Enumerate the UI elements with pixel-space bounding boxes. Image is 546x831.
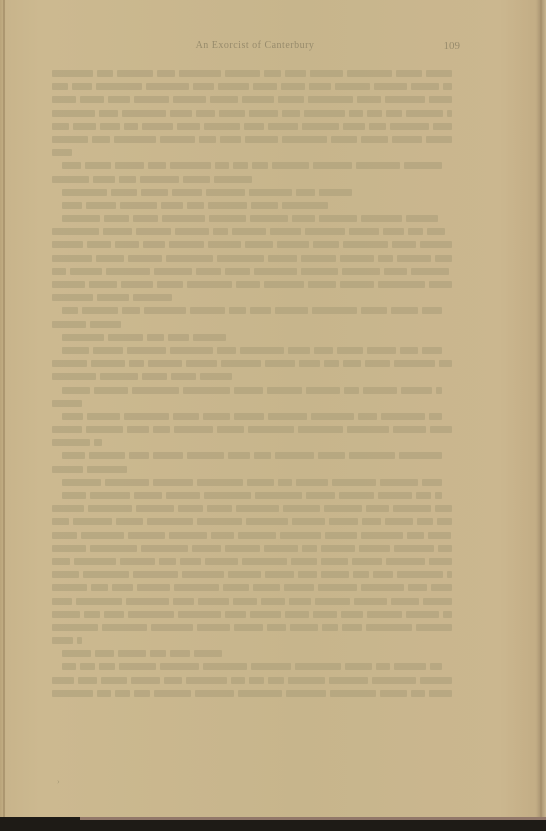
word-glyph	[313, 241, 339, 248]
word-glyph	[62, 387, 90, 394]
word-glyph	[207, 505, 232, 512]
word-glyph	[52, 400, 82, 407]
word-glyph	[208, 241, 241, 248]
word-glyph	[354, 598, 387, 605]
word-glyph	[170, 347, 213, 354]
word-glyph	[378, 492, 412, 499]
word-glyph	[240, 347, 284, 354]
word-glyph	[100, 123, 120, 130]
word-glyph	[369, 123, 386, 130]
text-line	[52, 515, 452, 528]
word-glyph	[83, 571, 129, 578]
word-glyph	[399, 452, 442, 459]
word-glyph	[187, 452, 224, 459]
word-glyph	[96, 255, 124, 262]
word-glyph	[159, 558, 176, 565]
word-glyph	[89, 281, 117, 288]
word-glyph	[284, 584, 314, 591]
word-glyph	[386, 558, 425, 565]
word-glyph	[357, 96, 381, 103]
word-glyph	[329, 677, 368, 684]
word-glyph	[52, 123, 69, 130]
word-glyph	[406, 215, 438, 222]
word-glyph	[315, 598, 350, 605]
word-glyph	[394, 663, 426, 670]
word-glyph	[372, 677, 416, 684]
word-glyph	[353, 571, 369, 578]
word-glyph	[197, 518, 242, 525]
word-glyph	[313, 611, 337, 618]
text-line	[52, 647, 452, 660]
word-glyph	[365, 360, 390, 367]
word-glyph	[108, 96, 130, 103]
word-glyph	[408, 584, 427, 591]
word-glyph	[349, 452, 395, 459]
word-glyph	[238, 690, 282, 697]
word-glyph	[268, 413, 307, 420]
text-line	[52, 449, 452, 462]
text-line	[52, 357, 452, 370]
word-glyph	[195, 690, 234, 697]
word-glyph	[435, 505, 452, 512]
word-glyph	[380, 479, 418, 486]
word-glyph	[62, 492, 86, 499]
page-bottom-edge	[80, 817, 546, 820]
word-glyph	[153, 426, 170, 433]
word-glyph	[342, 268, 380, 275]
word-glyph	[52, 70, 93, 77]
text-line	[52, 225, 452, 238]
word-glyph	[447, 110, 452, 117]
word-glyph	[394, 545, 434, 552]
word-glyph	[223, 584, 249, 591]
word-glyph	[324, 505, 362, 512]
text-line	[52, 595, 452, 608]
word-glyph	[200, 373, 232, 380]
word-glyph	[361, 532, 403, 539]
word-glyph	[148, 162, 166, 169]
word-glyph	[52, 466, 83, 473]
word-glyph	[164, 677, 182, 684]
word-glyph	[433, 123, 452, 130]
word-glyph	[406, 611, 439, 618]
word-glyph	[89, 452, 125, 459]
word-glyph	[186, 360, 217, 367]
word-glyph	[278, 96, 304, 103]
word-glyph	[329, 518, 358, 525]
word-glyph	[428, 532, 451, 539]
word-glyph	[124, 413, 169, 420]
word-glyph	[233, 598, 257, 605]
text-line	[52, 660, 452, 673]
word-glyph	[127, 347, 166, 354]
word-glyph	[285, 70, 306, 77]
word-glyph	[423, 598, 452, 605]
word-glyph	[319, 215, 357, 222]
word-glyph	[217, 426, 244, 433]
word-glyph	[62, 479, 101, 486]
word-glyph	[246, 518, 288, 525]
text-line	[52, 252, 452, 265]
word-glyph	[77, 637, 82, 644]
word-glyph	[429, 690, 452, 697]
word-glyph	[361, 584, 404, 591]
word-glyph	[62, 663, 76, 670]
word-glyph	[380, 690, 407, 697]
word-glyph	[356, 162, 400, 169]
word-glyph	[253, 584, 280, 591]
word-glyph	[280, 532, 321, 539]
word-glyph	[374, 83, 407, 90]
word-glyph	[310, 70, 343, 77]
word-glyph	[52, 96, 76, 103]
word-glyph	[366, 505, 389, 512]
word-glyph	[173, 598, 194, 605]
word-glyph	[430, 426, 452, 433]
word-glyph	[194, 650, 222, 657]
word-glyph	[52, 545, 86, 552]
word-glyph	[170, 110, 192, 117]
word-glyph	[247, 479, 274, 486]
word-glyph	[286, 690, 326, 697]
word-glyph	[435, 492, 442, 499]
word-glyph	[343, 241, 388, 248]
word-glyph	[436, 387, 442, 394]
word-glyph	[376, 663, 390, 670]
text-line	[52, 186, 452, 199]
word-glyph	[153, 452, 183, 459]
word-glyph	[76, 598, 122, 605]
word-glyph	[62, 650, 91, 657]
word-glyph	[282, 110, 300, 117]
word-glyph	[52, 637, 73, 644]
word-glyph	[296, 189, 315, 196]
word-glyph	[278, 479, 292, 486]
word-glyph	[311, 413, 354, 420]
word-glyph	[126, 598, 169, 605]
word-glyph	[242, 558, 287, 565]
text-line	[52, 107, 452, 120]
text-line	[52, 159, 452, 172]
text-line	[52, 608, 452, 621]
word-glyph	[319, 189, 352, 196]
text-line	[52, 476, 452, 489]
word-glyph	[108, 334, 143, 341]
word-glyph	[250, 215, 288, 222]
word-glyph	[229, 307, 246, 314]
word-glyph	[435, 255, 452, 262]
word-glyph	[90, 492, 130, 499]
word-glyph	[193, 83, 214, 90]
word-glyph	[157, 281, 183, 288]
text-line	[52, 331, 452, 344]
word-glyph	[204, 492, 251, 499]
word-glyph	[208, 202, 247, 209]
word-glyph	[100, 373, 138, 380]
word-glyph	[52, 571, 79, 578]
word-glyph	[234, 624, 263, 631]
word-glyph	[140, 176, 179, 183]
word-glyph	[52, 255, 92, 262]
word-glyph	[173, 96, 206, 103]
word-glyph	[429, 558, 452, 565]
word-glyph	[225, 611, 246, 618]
word-glyph	[196, 110, 215, 117]
scan-bottom-edge	[0, 817, 546, 831]
word-glyph	[78, 677, 97, 684]
word-glyph	[177, 123, 200, 130]
word-glyph	[352, 558, 382, 565]
word-glyph	[264, 281, 304, 288]
word-glyph	[62, 189, 107, 196]
word-glyph	[190, 307, 225, 314]
word-glyph	[94, 439, 102, 446]
text-line	[52, 93, 452, 106]
word-glyph	[390, 123, 429, 130]
word-glyph	[301, 255, 336, 262]
word-glyph	[213, 228, 228, 235]
text-line	[52, 687, 452, 700]
word-glyph	[106, 268, 150, 275]
word-glyph	[52, 518, 69, 525]
word-glyph	[141, 545, 188, 552]
text-line	[52, 555, 452, 568]
word-glyph	[359, 545, 390, 552]
word-glyph	[82, 307, 118, 314]
word-glyph	[427, 228, 445, 235]
word-glyph	[170, 650, 190, 657]
word-glyph	[187, 202, 204, 209]
word-glyph	[393, 505, 431, 512]
word-glyph	[308, 96, 353, 103]
word-glyph	[385, 96, 425, 103]
word-glyph	[362, 518, 381, 525]
word-glyph	[305, 228, 345, 235]
word-glyph	[142, 373, 167, 380]
word-glyph	[367, 347, 396, 354]
word-glyph	[251, 663, 291, 670]
word-glyph	[92, 136, 110, 143]
text-line	[52, 397, 452, 410]
word-glyph	[160, 663, 199, 670]
word-glyph	[62, 162, 81, 169]
text-line	[52, 278, 452, 291]
word-glyph	[193, 334, 226, 341]
word-glyph	[321, 558, 348, 565]
word-glyph	[299, 360, 320, 367]
word-glyph	[397, 571, 443, 578]
word-glyph	[150, 650, 166, 657]
word-glyph	[411, 268, 449, 275]
word-glyph	[186, 677, 227, 684]
word-glyph	[249, 110, 278, 117]
word-glyph	[52, 532, 77, 539]
text-line	[52, 146, 452, 159]
word-glyph	[396, 70, 422, 77]
word-glyph	[197, 624, 230, 631]
word-glyph	[166, 492, 200, 499]
word-glyph	[264, 70, 281, 77]
word-glyph	[115, 241, 139, 248]
running-head: An Exorcist of Canterbury	[160, 40, 350, 51]
word-glyph	[275, 452, 314, 459]
word-glyph	[187, 281, 232, 288]
word-glyph	[292, 215, 315, 222]
word-glyph	[136, 505, 174, 512]
word-glyph	[367, 110, 382, 117]
word-glyph	[174, 584, 219, 591]
word-glyph	[295, 663, 341, 670]
word-glyph	[52, 611, 80, 618]
word-glyph	[116, 518, 143, 525]
word-glyph	[62, 215, 100, 222]
word-glyph	[218, 83, 249, 90]
scanned-page: An Exorcist of Canterbury 109 ›	[0, 0, 546, 831]
word-glyph	[221, 360, 261, 367]
word-glyph	[99, 110, 118, 117]
word-glyph	[142, 123, 173, 130]
word-glyph	[183, 176, 210, 183]
word-glyph	[173, 413, 199, 420]
text-line	[52, 423, 452, 436]
word-glyph	[133, 571, 178, 578]
word-glyph	[52, 110, 95, 117]
word-glyph	[234, 387, 263, 394]
word-glyph	[358, 413, 377, 420]
word-glyph	[397, 255, 431, 262]
word-glyph	[88, 505, 132, 512]
word-glyph	[154, 268, 192, 275]
word-glyph	[254, 268, 297, 275]
word-glyph	[62, 307, 78, 314]
word-glyph	[52, 149, 72, 156]
word-glyph	[91, 584, 108, 591]
word-glyph	[312, 307, 357, 314]
word-glyph	[162, 215, 205, 222]
word-glyph	[254, 452, 271, 459]
word-glyph	[204, 123, 240, 130]
text-line	[52, 489, 452, 502]
word-glyph	[97, 70, 113, 77]
word-glyph	[426, 70, 452, 77]
word-glyph	[225, 70, 260, 77]
word-glyph	[324, 360, 339, 367]
word-glyph	[132, 387, 179, 394]
word-glyph	[264, 545, 298, 552]
word-glyph	[268, 123, 298, 130]
word-glyph	[52, 373, 96, 380]
word-glyph	[115, 162, 144, 169]
word-glyph	[105, 479, 149, 486]
word-glyph	[288, 677, 325, 684]
word-glyph	[119, 663, 156, 670]
word-glyph	[147, 334, 164, 341]
word-glyph	[267, 624, 286, 631]
word-glyph	[87, 413, 120, 420]
word-glyph	[285, 611, 309, 618]
word-glyph	[52, 584, 87, 591]
footer-mark: ›	[57, 777, 60, 786]
text-line	[52, 133, 452, 146]
word-glyph	[265, 360, 295, 367]
word-glyph	[301, 268, 338, 275]
word-glyph	[93, 347, 123, 354]
word-glyph	[361, 215, 402, 222]
word-glyph	[104, 611, 124, 618]
word-glyph	[306, 387, 340, 394]
text-line	[52, 674, 452, 687]
word-glyph	[197, 479, 243, 486]
word-glyph	[232, 228, 266, 235]
word-glyph	[236, 281, 260, 288]
word-glyph	[153, 479, 193, 486]
word-glyph	[217, 347, 236, 354]
word-glyph	[94, 387, 128, 394]
word-glyph	[420, 241, 452, 248]
word-glyph	[52, 83, 68, 90]
text-line	[52, 621, 452, 634]
word-glyph	[87, 466, 127, 473]
word-glyph	[62, 413, 83, 420]
word-glyph	[340, 281, 374, 288]
text-line	[52, 581, 452, 594]
word-glyph	[134, 96, 169, 103]
word-glyph	[115, 690, 130, 697]
word-glyph	[203, 413, 230, 420]
word-glyph	[52, 439, 90, 446]
word-glyph	[203, 663, 247, 670]
word-glyph	[386, 110, 402, 117]
word-glyph	[431, 584, 452, 591]
word-glyph	[373, 571, 393, 578]
text-line	[52, 318, 452, 331]
word-glyph	[62, 334, 104, 341]
word-glyph	[73, 518, 112, 525]
word-glyph	[183, 387, 230, 394]
word-glyph	[101, 677, 127, 684]
word-glyph	[111, 189, 137, 196]
word-glyph	[283, 505, 320, 512]
word-glyph	[363, 387, 397, 394]
word-glyph	[253, 83, 277, 90]
word-glyph	[86, 202, 116, 209]
word-glyph	[400, 347, 418, 354]
word-glyph	[304, 110, 345, 117]
word-glyph	[251, 202, 278, 209]
word-glyph	[341, 611, 363, 618]
word-glyph	[384, 268, 407, 275]
word-glyph	[437, 518, 452, 525]
word-glyph	[93, 176, 115, 183]
word-glyph	[325, 532, 357, 539]
word-glyph	[133, 215, 158, 222]
word-glyph	[74, 558, 116, 565]
word-glyph	[340, 255, 374, 262]
word-glyph	[408, 228, 423, 235]
word-glyph	[268, 677, 284, 684]
word-glyph	[339, 492, 374, 499]
word-glyph	[249, 189, 292, 196]
word-glyph	[439, 360, 452, 367]
word-glyph	[122, 307, 140, 314]
text-line	[52, 344, 452, 357]
word-glyph	[120, 558, 155, 565]
word-glyph	[129, 360, 144, 367]
word-glyph	[296, 479, 328, 486]
word-glyph	[179, 70, 221, 77]
word-glyph	[342, 624, 362, 631]
word-glyph	[72, 83, 92, 90]
